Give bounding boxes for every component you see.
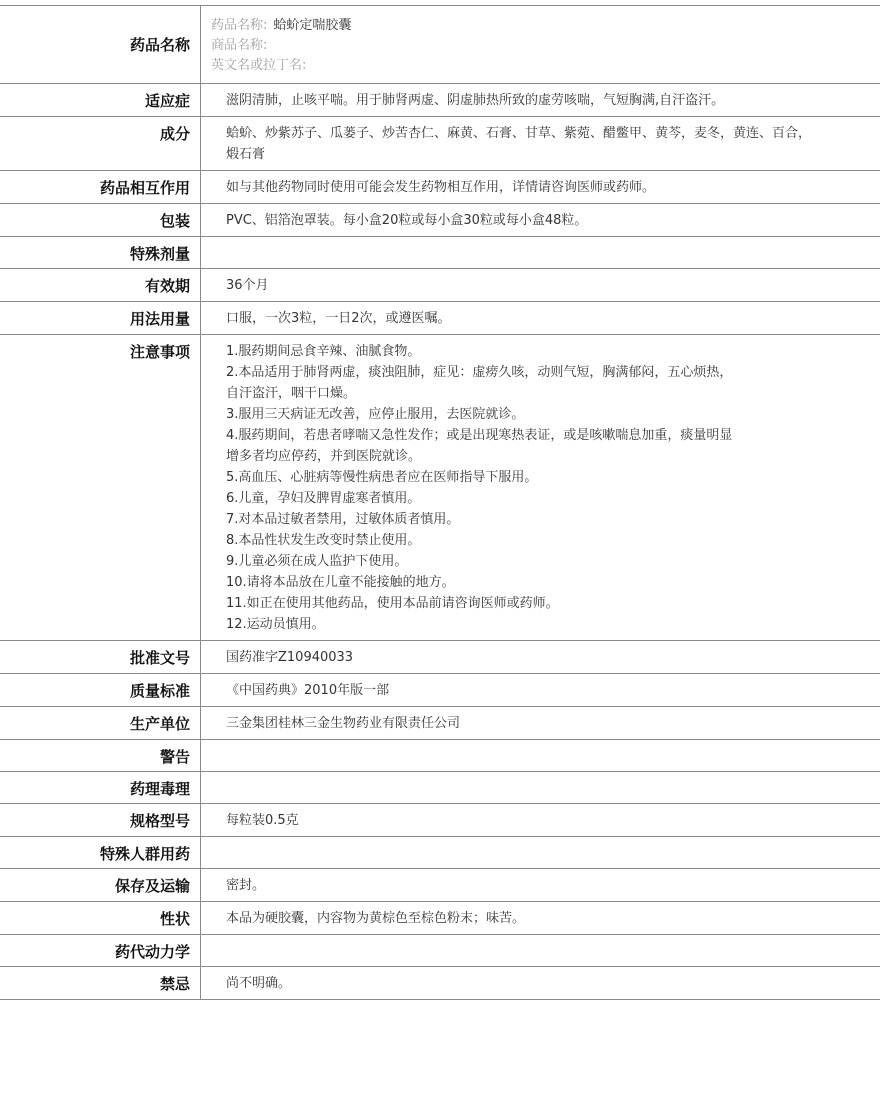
precaution-line: 4.服药期间，若患者哮喘又急性发作；或是出现寒热表证，或是咳嗽喘息加重，痰量明显 — [226, 425, 820, 446]
label-pharmacology-toxicology: 药理毒理 — [0, 772, 201, 804]
value-pharmacokinetics — [201, 935, 880, 967]
label-interactions: 药品相互作用 — [0, 171, 201, 204]
row-packaging: 包装 PVC、铝箔泡罩装。每小盒20粒或每小盒30粒或每小盒48粒。 — [0, 204, 880, 237]
label-description: 性状 — [0, 902, 201, 935]
generic-name-line: 药品名称:蛤蚧定喘胶囊 — [211, 16, 820, 36]
value-shelf-life: 36个月 — [201, 269, 880, 302]
label-special-populations: 特殊人群用药 — [0, 837, 201, 869]
label-indications: 适应症 — [0, 84, 201, 117]
value-usage-dosage: 口服，一次3粒，一日2次，或遵医嘱。 — [201, 302, 880, 335]
label-pharmacokinetics: 药代动力学 — [0, 935, 201, 967]
precaution-line: 增多者均应停药，并到医院就诊。 — [226, 446, 820, 467]
label-storage-transport: 保存及运输 — [0, 869, 201, 902]
precaution-line: 8.本品性状发生改变时禁止使用。 — [226, 530, 820, 551]
value-storage-transport: 密封。 — [201, 869, 880, 902]
label-warnings: 警告 — [0, 740, 201, 772]
row-warnings: 警告 — [0, 740, 880, 772]
english-name-label: 英文名或拉丁名: — [211, 58, 306, 73]
precaution-line: 2.本品适用于肺肾两虚，痰浊阻肺，症见：虚痨久咳，动则气短，胸满郁闷，五心烦热， — [226, 362, 820, 383]
label-manufacturer: 生产单位 — [0, 707, 201, 740]
precaution-line: 12.运动员慎用。 — [226, 614, 820, 635]
row-interactions: 药品相互作用 如与其他药物同时使用可能会发生药物相互作用，详情请咨询医师或药师。 — [0, 171, 880, 204]
row-pharmacology-toxicology: 药理毒理 — [0, 772, 880, 804]
value-special-dosage — [201, 237, 880, 269]
value-approval-number: 国药准字Z10940033 — [201, 641, 880, 674]
row-special-dosage: 特殊剂量 — [0, 237, 880, 269]
value-contraindications: 尚不明确。 — [201, 967, 880, 1000]
value-drug-name: 药品名称:蛤蚧定喘胶囊 商品名称: 英文名或拉丁名: — [201, 6, 880, 84]
precaution-line: 11.如正在使用其他药品，使用本品前请咨询医师或药师。 — [226, 593, 820, 614]
row-indications: 适应症 滋阴清肺，止咳平喘。用于肺肾两虚、阴虚肺热所致的虚劳咳喘，气短胸满,自汗… — [0, 84, 880, 117]
row-approval-number: 批准文号 国药准字Z10940033 — [0, 641, 880, 674]
label-precautions: 注意事项 — [0, 335, 201, 641]
value-quality-standard: 《中国药典》2010年版一部 — [201, 674, 880, 707]
value-description: 本品为硬胶囊，内容物为黄棕色至棕色粉末；味苦。 — [201, 902, 880, 935]
value-pharmacology-toxicology — [201, 772, 880, 804]
drug-spec-table: 药品名称 药品名称:蛤蚧定喘胶囊 商品名称: 英文名或拉丁名: 适应症 滋阴清肺… — [0, 5, 880, 1000]
value-indications: 滋阴清肺，止咳平喘。用于肺肾两虚、阴虚肺热所致的虚劳咳喘，气短胸满,自汗盗汗。 — [201, 84, 880, 117]
row-drug-name: 药品名称 药品名称:蛤蚧定喘胶囊 商品名称: 英文名或拉丁名: — [0, 6, 880, 84]
value-specification: 每粒装0.5克 — [201, 804, 880, 837]
label-special-dosage: 特殊剂量 — [0, 237, 201, 269]
value-warnings — [201, 740, 880, 772]
row-pharmacokinetics: 药代动力学 — [0, 935, 880, 967]
label-approval-number: 批准文号 — [0, 641, 201, 674]
value-special-populations — [201, 837, 880, 869]
label-specification: 规格型号 — [0, 804, 201, 837]
trade-name-label: 商品名称: — [211, 38, 267, 53]
value-ingredients: 蛤蚧、炒紫苏子、瓜蒌子、炒苦杏仁、麻黄、石膏、甘草、紫菀、醋鳖甲、黄芩，麦冬，黄… — [201, 117, 880, 171]
row-manufacturer: 生产单位 三金集团桂林三金生物药业有限责任公司 — [0, 707, 880, 740]
label-drug-name: 药品名称 — [0, 6, 201, 84]
precaution-line: 6.儿童，孕妇及脾胃虚寒者慎用。 — [226, 488, 820, 509]
label-quality-standard: 质量标准 — [0, 674, 201, 707]
row-specification: 规格型号 每粒装0.5克 — [0, 804, 880, 837]
row-shelf-life: 有效期 36个月 — [0, 269, 880, 302]
row-special-populations: 特殊人群用药 — [0, 837, 880, 869]
precaution-line: 10.请将本品放在儿童不能接触的地方。 — [226, 572, 820, 593]
generic-name-value: 蛤蚧定喘胶囊 — [273, 18, 351, 33]
value-precautions: 1.服药期间忌食辛辣、油腻食物。 2.本品适用于肺肾两虚，痰浊阻肺，症见：虚痨久… — [201, 335, 880, 641]
precaution-line: 3.服用三天病证无改善，应停止服用，去医院就诊。 — [226, 404, 820, 425]
english-name-line: 英文名或拉丁名: — [211, 56, 820, 76]
value-manufacturer: 三金集团桂林三金生物药业有限责任公司 — [201, 707, 880, 740]
precaution-line: 9.儿童必须在成人监护下使用。 — [226, 551, 820, 572]
generic-name-label: 药品名称: — [211, 18, 267, 33]
label-contraindications: 禁忌 — [0, 967, 201, 1000]
label-ingredients: 成分 — [0, 117, 201, 171]
row-usage-dosage: 用法用量 口服，一次3粒，一日2次，或遵医嘱。 — [0, 302, 880, 335]
value-packaging: PVC、铝箔泡罩装。每小盒20粒或每小盒30粒或每小盒48粒。 — [201, 204, 880, 237]
row-storage-transport: 保存及运输 密封。 — [0, 869, 880, 902]
label-shelf-life: 有效期 — [0, 269, 201, 302]
value-interactions: 如与其他药物同时使用可能会发生药物相互作用，详情请咨询医师或药师。 — [201, 171, 880, 204]
trade-name-line: 商品名称: — [211, 36, 820, 56]
label-packaging: 包装 — [0, 204, 201, 237]
precaution-line: 7.对本品过敏者禁用，过敏体质者慎用。 — [226, 509, 820, 530]
precaution-line: 自汗盗汗，咽干口燥。 — [226, 383, 820, 404]
row-contraindications: 禁忌 尚不明确。 — [0, 967, 880, 1000]
precaution-line: 1.服药期间忌食辛辣、油腻食物。 — [226, 341, 820, 362]
precaution-line: 5.高血压、心脏病等慢性病患者应在医师指导下服用。 — [226, 467, 820, 488]
row-description: 性状 本品为硬胶囊，内容物为黄棕色至棕色粉末；味苦。 — [0, 902, 880, 935]
row-ingredients: 成分 蛤蚧、炒紫苏子、瓜蒌子、炒苦杏仁、麻黄、石膏、甘草、紫菀、醋鳖甲、黄芩，麦… — [0, 117, 880, 171]
row-precautions: 注意事项 1.服药期间忌食辛辣、油腻食物。 2.本品适用于肺肾两虚，痰浊阻肺，症… — [0, 335, 880, 641]
label-usage-dosage: 用法用量 — [0, 302, 201, 335]
row-quality-standard: 质量标准 《中国药典》2010年版一部 — [0, 674, 880, 707]
